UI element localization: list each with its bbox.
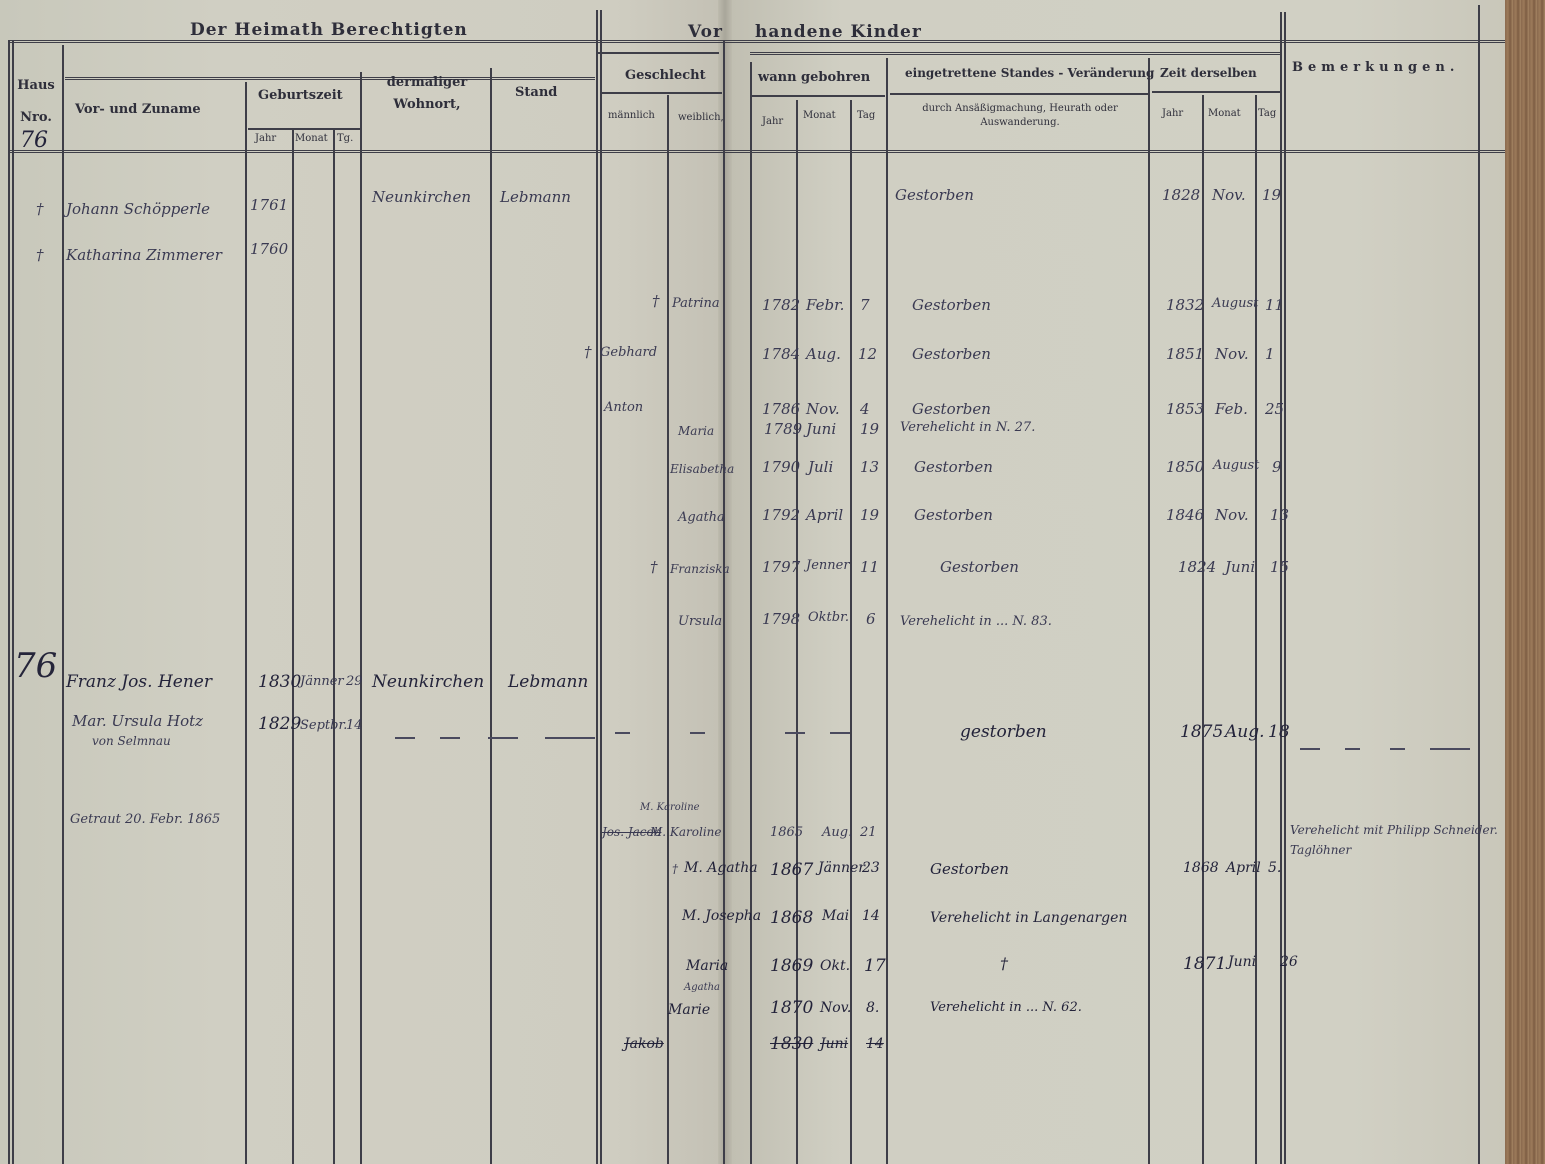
child-change-year: 1850 (1166, 458, 1204, 476)
col-rule-standes (1148, 58, 1150, 1164)
header-standes-sub: durch Ansäßigmachung, Heurath oder Auswa… (905, 102, 1135, 130)
house-number-header: 76 (20, 128, 48, 153)
child-month: Febr. (806, 296, 844, 314)
child-change-year: 1824 (1178, 558, 1216, 576)
child-change: Gestorben (912, 345, 991, 363)
header-vor: Vor (688, 22, 723, 42)
child-change-month: Juni (1228, 954, 1256, 970)
child-name: Franziska (670, 562, 730, 576)
h1-parent1-stand: Lebmann (500, 188, 571, 206)
header-z-tag: Tag (1258, 108, 1276, 119)
child-change-day: 26 (1280, 954, 1298, 970)
child-name: M. Josepha (682, 908, 761, 924)
header-maennlich: männlich (608, 110, 655, 121)
child-year: 1782 (762, 296, 800, 314)
child-name: Agatha (678, 510, 725, 525)
geburtszeit-subrule (248, 128, 360, 130)
child-change-year: 1851 (1166, 345, 1204, 363)
col-rule-z-jahr (1202, 95, 1204, 1164)
child-change-month: Juni (1225, 558, 1255, 576)
header-geschlecht: Geschlecht (625, 68, 706, 83)
col-rule-geburtszeit (360, 72, 362, 1164)
header-heimath-berechtigten: Der Heimath Berechtigten (190, 20, 468, 40)
child-month: Juni (820, 1036, 848, 1052)
child-change: Gestorben (940, 558, 1019, 576)
header-wann-gebohren: wann gebohren (758, 70, 870, 85)
header-gz-monat: Monat (295, 133, 328, 144)
dash-line (615, 732, 630, 734)
child-name: Elisabetha (670, 462, 734, 476)
h1-parent1-mark: † (36, 200, 44, 218)
h2-parent2-name-line2: von Selmnau (92, 734, 171, 748)
child-change-month: August (1213, 458, 1259, 473)
child-change-month: August (1212, 296, 1258, 311)
h2-parent2-change: gestorben (960, 722, 1047, 742)
dash-line (830, 732, 850, 734)
child-name: Marie (668, 1002, 710, 1018)
child-day: 7 (860, 296, 870, 314)
header-k-monat: Monat (803, 110, 836, 121)
child-year: 1797 (762, 558, 800, 576)
zeit-subrule (1152, 91, 1282, 93)
title-rule-left (65, 77, 595, 83)
child-year: 1798 (762, 610, 800, 628)
child-year: 1789 (764, 420, 802, 438)
dash-line (440, 737, 460, 739)
child-change: Gestorben (912, 296, 991, 314)
header-haus-nro: Haus Nro. (12, 70, 60, 134)
child-day: 23 (862, 860, 880, 876)
child-change: Verehelicht in N. 27. (900, 420, 1035, 435)
child-year: 1830 (770, 1034, 813, 1054)
child-month: Oktbr. (808, 610, 849, 625)
child-day: 4 (860, 400, 870, 418)
dash-line (395, 737, 415, 739)
child-change-year: 1853 (1166, 400, 1204, 418)
child-day: 19 (860, 506, 879, 524)
h1-parent1-year: 1761 (250, 196, 288, 214)
header-name: Vor- und Zuname (75, 102, 201, 117)
header-z-jahr: Jahr (1162, 108, 1183, 119)
child-name: Jakob (624, 1036, 664, 1052)
header-weiblich: weiblich, (678, 112, 724, 123)
h2-parent1-name: Franz Jos. Hener (66, 672, 212, 692)
child-mark: † (652, 292, 660, 310)
standes-subrule (890, 93, 1150, 95)
child-name: M. Karoline (650, 825, 722, 839)
header-z-monat: Monat (1208, 108, 1241, 119)
child-name: M. Agatha (684, 860, 758, 876)
child-name: Maria (686, 958, 728, 974)
header-gz-jahr: Jahr (255, 133, 276, 144)
child-month: Mai (822, 908, 849, 924)
h2-parent2-change-day: 18 (1268, 722, 1290, 742)
child-change-month: Nov. (1215, 345, 1249, 363)
child-change-day: 13 (1270, 506, 1289, 524)
col-rule-weiblich (723, 40, 725, 1164)
dash-line (488, 737, 518, 739)
child-year: 1792 (762, 506, 800, 524)
child-day: 6 (866, 610, 876, 628)
child-remark: Verehelicht mit Philipp Schneider. Taglö… (1290, 820, 1510, 860)
child-month: Aug. (822, 825, 852, 840)
h1-parent1-residence: Neunkirchen (372, 188, 471, 206)
header-handene-kinder: handene Kinder (755, 22, 922, 42)
dash-line (785, 732, 805, 734)
child-day: 12 (858, 345, 877, 363)
wann-subrule (752, 95, 885, 97)
h2-parent2-change-month: Aug. (1225, 722, 1265, 742)
h1-parent2-year: 1760 (250, 240, 288, 258)
child-name: Maria (678, 424, 714, 438)
h1-parent1-change-month: Nov. (1212, 186, 1246, 204)
child-change: Verehelicht in ... N. 83. (900, 614, 1052, 629)
h2-house-number: 76 (14, 646, 57, 686)
dash-line (1390, 748, 1405, 750)
header-standes-veraenderung: eingetrettene Standes - Veränderung (905, 66, 1154, 80)
h2-parent1-stand: Lebmann (508, 672, 588, 692)
header-stand: Stand (515, 85, 557, 100)
child-name: Anton (604, 400, 643, 415)
header-k-tag: Tag (857, 110, 875, 121)
child-change-day: 9 (1272, 458, 1282, 476)
child-month: Juni (806, 420, 836, 438)
h2-parent2-name: Mar. Ursula Hotz (72, 712, 203, 730)
child-change-day: 11 (1265, 296, 1284, 314)
header-gz-tag: Tg. (337, 133, 353, 144)
header-zeit-derselben: Zeit derselben (1160, 66, 1257, 80)
left-page (0, 0, 725, 1164)
h1-parent1-change: Gestorben (895, 186, 974, 204)
h2-parent1-month: Jänner (300, 674, 344, 689)
child-change: Gestorben (914, 458, 993, 476)
child-day: 19 (860, 420, 879, 438)
child-year: 1865 (770, 825, 803, 840)
title-rule-right (750, 52, 1280, 58)
geschlecht-subrule (600, 92, 722, 94)
child-change-day: 5. (1268, 860, 1281, 876)
child-change: Verehelicht in ... N. 62. (930, 1000, 1082, 1015)
child-change-year: 1832 (1166, 296, 1204, 314)
child-change: Gestorben (930, 860, 1009, 878)
child-month: Juli (808, 458, 833, 476)
child-name-above: Agatha (684, 982, 720, 993)
h1-parent1-change-year: 1828 (1162, 186, 1200, 204)
book-page-edges (1505, 0, 1545, 1164)
child-year: 1868 (770, 908, 813, 928)
child-change-year: 1871 (1183, 954, 1226, 974)
child-change-year: 1846 (1166, 506, 1204, 524)
right-page (725, 0, 1507, 1164)
child-change-day: 1 (1265, 345, 1275, 363)
child-change: Gestorben (914, 506, 993, 524)
title-rule-geschlecht (597, 52, 719, 54)
child-day: 21 (860, 825, 877, 840)
child-month: Nov. (806, 400, 840, 418)
child-change: Verehelicht in Langenargen (930, 910, 1127, 926)
child-name: Ursula (678, 614, 722, 629)
child-month: April (806, 506, 843, 524)
child-day: 11 (860, 558, 879, 576)
dash-line (1345, 748, 1360, 750)
child-change-day: 25 (1265, 400, 1284, 418)
col-rule-haus (62, 45, 64, 1164)
h1-parent1-name: Johann Schöpperle (66, 200, 210, 218)
col-rule-outer-right (1478, 5, 1480, 1164)
col-rule-stand (596, 10, 598, 1164)
child-year: 1869 (770, 956, 813, 976)
child-year: 1784 (762, 345, 800, 363)
col-rule-outer-left (8, 40, 10, 1164)
col-rule-jahr (292, 128, 294, 1164)
dash-line (545, 737, 595, 739)
col-rule-k-start (750, 62, 752, 1164)
dash-line (1300, 748, 1320, 750)
child-name: Patrina (672, 296, 720, 311)
child-month: Okt. (820, 958, 850, 974)
child-name-above: M. Karoline (640, 802, 700, 813)
child-year: 1867 (770, 860, 813, 880)
child-year: 1790 (762, 458, 800, 476)
child-change-month: Nov. (1215, 506, 1249, 524)
h2-parent1-year: 1830 (258, 672, 301, 692)
child-change: † (1000, 954, 1008, 973)
child-month: Aug. (806, 345, 841, 363)
dash-line (1430, 748, 1470, 750)
book-gutter (718, 0, 732, 1164)
header-geburtszeit: Geburtszeit (258, 88, 343, 103)
h1-parent2-mark: † (36, 246, 44, 264)
h2-parent2-change-year: 1875 (1180, 722, 1223, 742)
header-bemerkungen: Bemerkungen. (1292, 60, 1459, 75)
h2-parent2-year: 1829 (258, 714, 301, 734)
child-change-year: 1868 (1183, 860, 1219, 876)
col-rule-z-monat (1255, 95, 1257, 1164)
col-rule-name (245, 82, 247, 1164)
child-day: 8. (866, 1000, 879, 1016)
child-month: Jänner (818, 860, 865, 876)
child-change-month: Feb. (1215, 400, 1248, 418)
header-k-jahr: Jahr (762, 116, 783, 127)
child-month: Nov. (820, 1000, 851, 1016)
h1-parent1-change-day: 19 (1262, 186, 1281, 204)
child-month: Jenner (806, 558, 850, 573)
child-change-day: 15 (1270, 558, 1289, 576)
child-mark: † (650, 558, 658, 576)
child-mark: † (672, 862, 678, 876)
h2-parent1-day: 29 (346, 674, 363, 689)
child-day: 14 (862, 908, 880, 924)
child-mark: † (584, 343, 592, 361)
col-rule-z-tag (1280, 12, 1282, 1164)
child-year: 1786 (762, 400, 800, 418)
child-day: 13 (860, 458, 879, 476)
child-day: 14 (866, 1036, 884, 1052)
header-wohnort: dermaliger Wohnort, (372, 72, 482, 116)
h1-parent2-name: Katharina Zimmerer (66, 246, 222, 264)
child-change-month: April (1226, 860, 1261, 876)
child-year: 1870 (770, 998, 813, 1018)
col-rule-k-tag (886, 58, 888, 1164)
child-day: 17 (864, 956, 886, 976)
child-name: Gebhard (600, 345, 657, 360)
h2-marriage-note: Getraut 20. Febr. 1865 (70, 812, 220, 827)
col-rule-wohnort (490, 68, 492, 1164)
h2-parent2-day: 14 (346, 718, 363, 733)
dash-line (690, 732, 705, 734)
child-change: Gestorben (912, 400, 991, 418)
h2-parent2-month: Septbr. (300, 718, 347, 733)
h2-parent1-residence: Neunkirchen (372, 672, 484, 692)
col-rule-monat (333, 128, 335, 1164)
